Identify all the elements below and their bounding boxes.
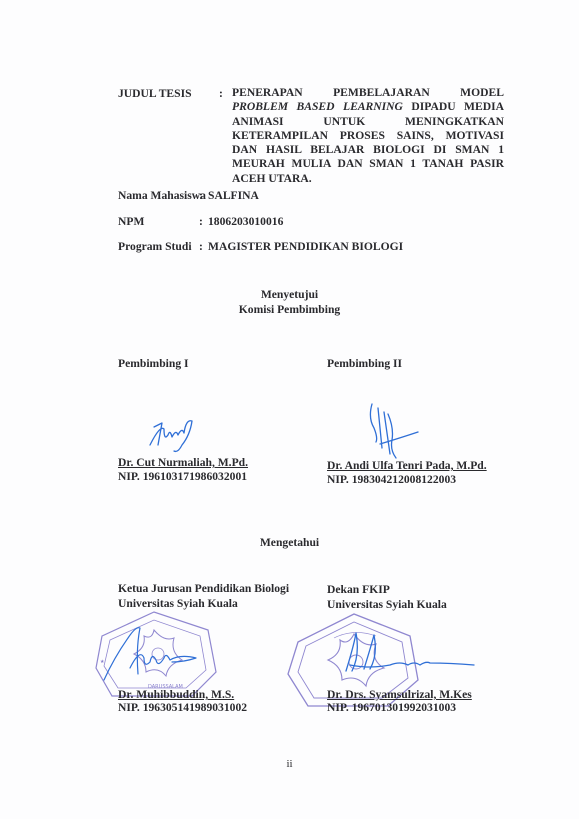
npm-sep: : [199,214,203,229]
thesis-title: PENERAPAN PEMBELAJARAN MODEL PROBLEM BAS… [232,86,504,186]
student-name-value: SALFINA [208,188,259,203]
document-page: JUDUL TESIS : PENERAPAN PEMBELAJARAN MOD… [0,0,579,819]
title-colon: : [219,86,223,101]
official-2-position: Dekan FKIP [327,582,390,597]
program-label: Program Studi [118,239,192,254]
npm-value: 1806203010016 [208,214,283,229]
thesis-title-part1: PENERAPAN PEMBELAJARAN MODEL [232,86,504,99]
program-sep: : [199,239,203,254]
supervisor-2-name: Dr. Andi Ulfa Tenri Pada, M.Pd. [327,458,487,473]
title-label: JUDUL TESIS [118,86,192,101]
student-name-label: Nama Mahasiswa [118,188,206,203]
official-1-nip: NIP. 196305141989031002 [118,700,247,715]
committee-heading: Komisi Pembimbing [0,302,579,317]
supervisor-1-role: Pembimbing I [118,356,189,371]
supervisor-2-role: Pembimbing II [327,356,402,371]
signature-official-2 [330,625,480,680]
page-number: ii [0,758,579,770]
npm-label: NPM [118,214,144,229]
supervisor-1-nip: NIP. 196103171986032001 [118,469,247,484]
acknowledgement-heading: Mengetahui [0,535,579,550]
approval-heading: Menyetujui [0,287,579,302]
program-value: MAGISTER PENDIDIKAN BIOLOGI [208,239,403,254]
supervisor-2-nip: NIP. 198304212008122003 [327,472,456,487]
official-2-nip: NIP. 196701301992031003 [327,700,456,715]
supervisor-1-name: Dr. Cut Nurmaliah, M.Pd. [118,455,248,470]
thesis-title-italic: PROBLEM BASED LEARNING [232,100,403,113]
signature-official-1 [100,618,210,688]
student-name-sep: : [199,188,203,203]
official-1-position: Ketua Jurusan Pendidikan Biologi [118,581,289,596]
